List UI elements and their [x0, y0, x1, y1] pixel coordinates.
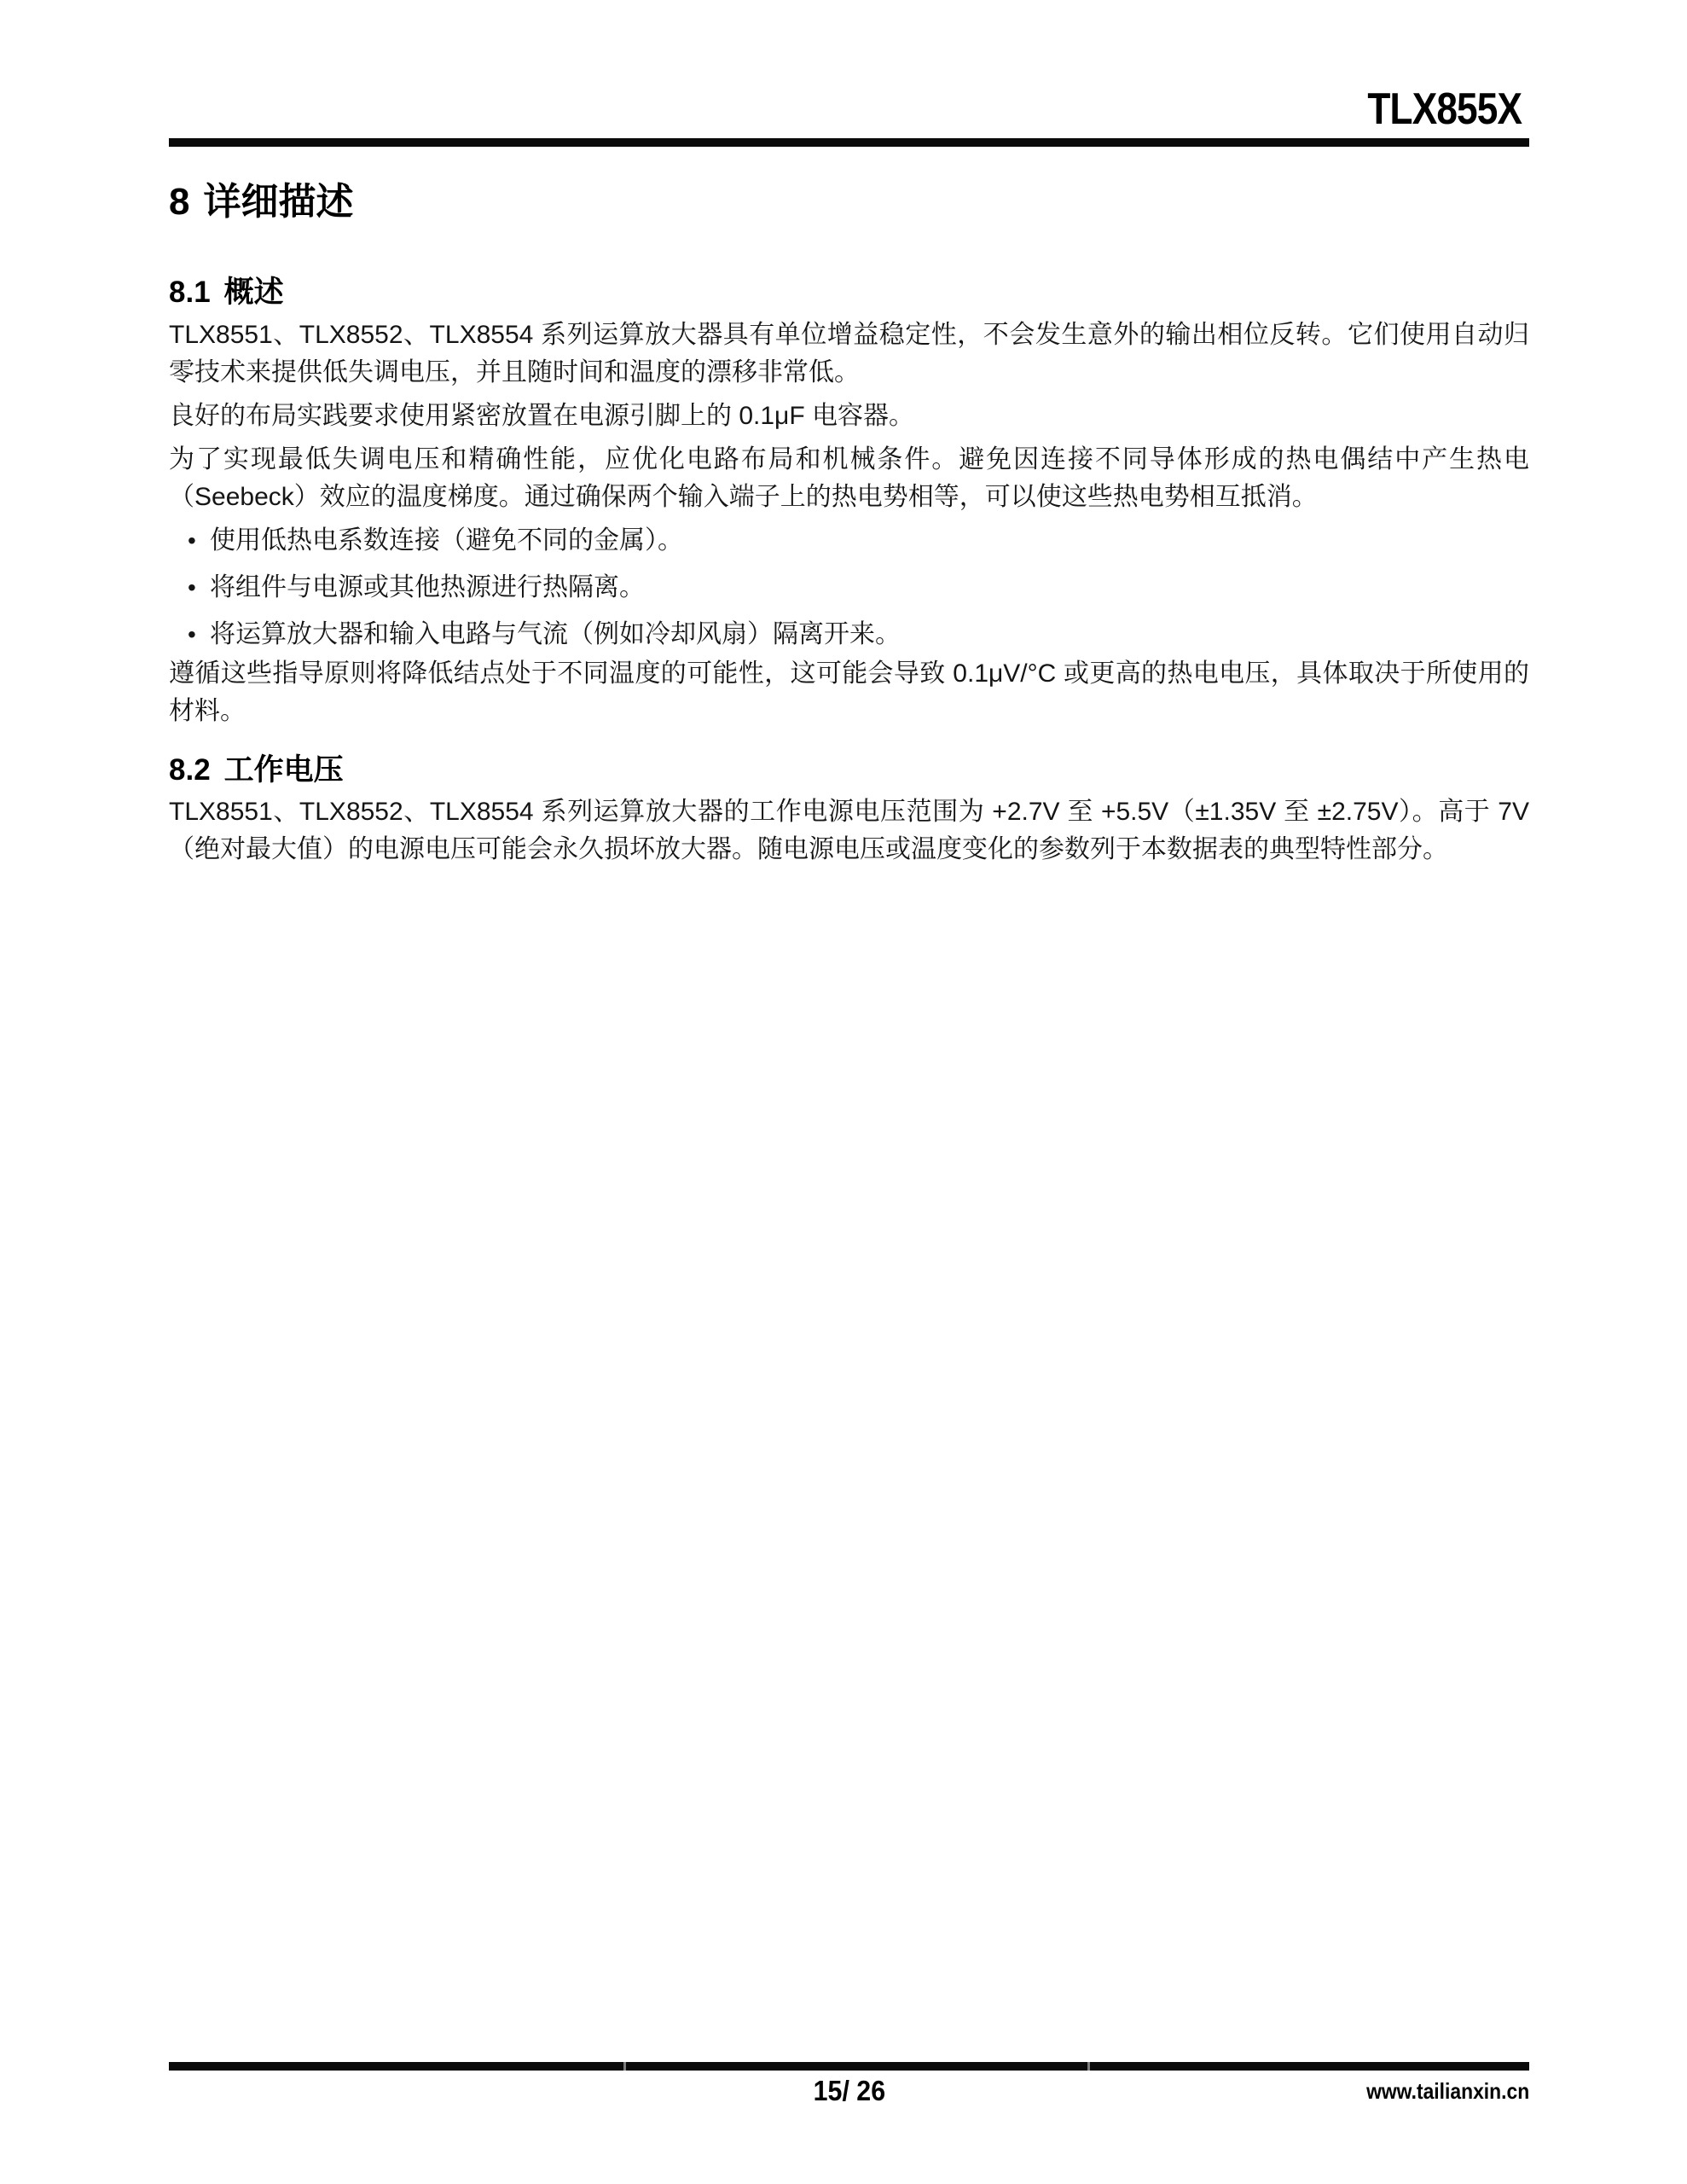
operating-voltage-paragraph: TLX8551、TLX8552、TLX8554 系列运算放大器的工作电源电压范围…: [169, 793, 1529, 868]
list-item-text: 将运算放大器和输入电路与气流（例如冷却风扇）隔离开来。: [210, 620, 901, 648]
website-url: www.tailianxin.cn: [1366, 2078, 1529, 2105]
datasheet-page: TLX855X 8详细描述 8.1概述 TLX8551、TLX8552、TLX8…: [0, 0, 1687, 2184]
section-number: 8: [169, 181, 189, 223]
bullet-icon: •: [188, 569, 196, 607]
document-title: TLX855X: [1368, 87, 1529, 131]
section-title: 详细描述: [203, 181, 353, 223]
page-footer: 15/ 26 www.tailianxin.cn: [169, 2062, 1529, 2109]
footer-rule: [169, 2062, 1529, 2071]
rule-notch: [623, 2062, 626, 2071]
guideline-list: •使用低热电系数连接（避免不同的金属）。 •将组件与电源或其他热源进行热隔离。 …: [169, 522, 1529, 653]
bullet-icon: •: [188, 616, 196, 653]
subsection-heading-operating-voltage: 8.2工作电压: [169, 754, 1529, 787]
list-item-text: 使用低热电系数连接（避免不同的金属）。: [210, 526, 683, 555]
overview-paragraph-3: 为了实现最低失调电压和精确性能，应优化电路布局和机械条件。避免因连接不同导体形成…: [169, 441, 1529, 516]
subsection-title: 工作电压: [224, 753, 344, 787]
subsection-heading-overview: 8.1概述: [169, 276, 1529, 310]
page-number: 15/ 26: [813, 2075, 884, 2107]
overview-closing-paragraph: 遵循这些指导原则将降低结点处于不同温度的可能性，这可能会导致 0.1μV/°C …: [169, 655, 1529, 730]
overview-paragraph-2: 良好的布局实践要求使用紧密放置在电源引脚上的 0.1μF 电容器。: [169, 398, 1529, 435]
section-heading-detailed-description: 8详细描述: [169, 183, 1529, 222]
header-rule: [169, 138, 1529, 147]
footer-row: 15/ 26 www.tailianxin.cn: [169, 2075, 1529, 2109]
page-header: TLX855X: [169, 87, 1529, 131]
list-item-text: 将组件与电源或其他热源进行热隔离。: [210, 573, 645, 601]
bullet-icon: •: [188, 522, 196, 560]
overview-paragraph-1: TLX8551、TLX8552、TLX8554 系列运算放大器具有单位增益稳定性…: [169, 317, 1529, 392]
subsection-title: 概述: [224, 276, 284, 309]
list-item: •使用低热电系数连接（避免不同的金属）。: [169, 522, 1529, 560]
subsection-number: 8.2: [169, 753, 211, 787]
subsection-number: 8.1: [169, 276, 211, 309]
page-content: TLX855X 8详细描述 8.1概述 TLX8551、TLX8552、TLX8…: [169, 0, 1529, 874]
rule-notch: [1087, 2062, 1090, 2071]
list-item: •将运算放大器和输入电路与气流（例如冷却风扇）隔离开来。: [169, 616, 1529, 653]
list-item: •将组件与电源或其他热源进行热隔离。: [169, 569, 1529, 607]
